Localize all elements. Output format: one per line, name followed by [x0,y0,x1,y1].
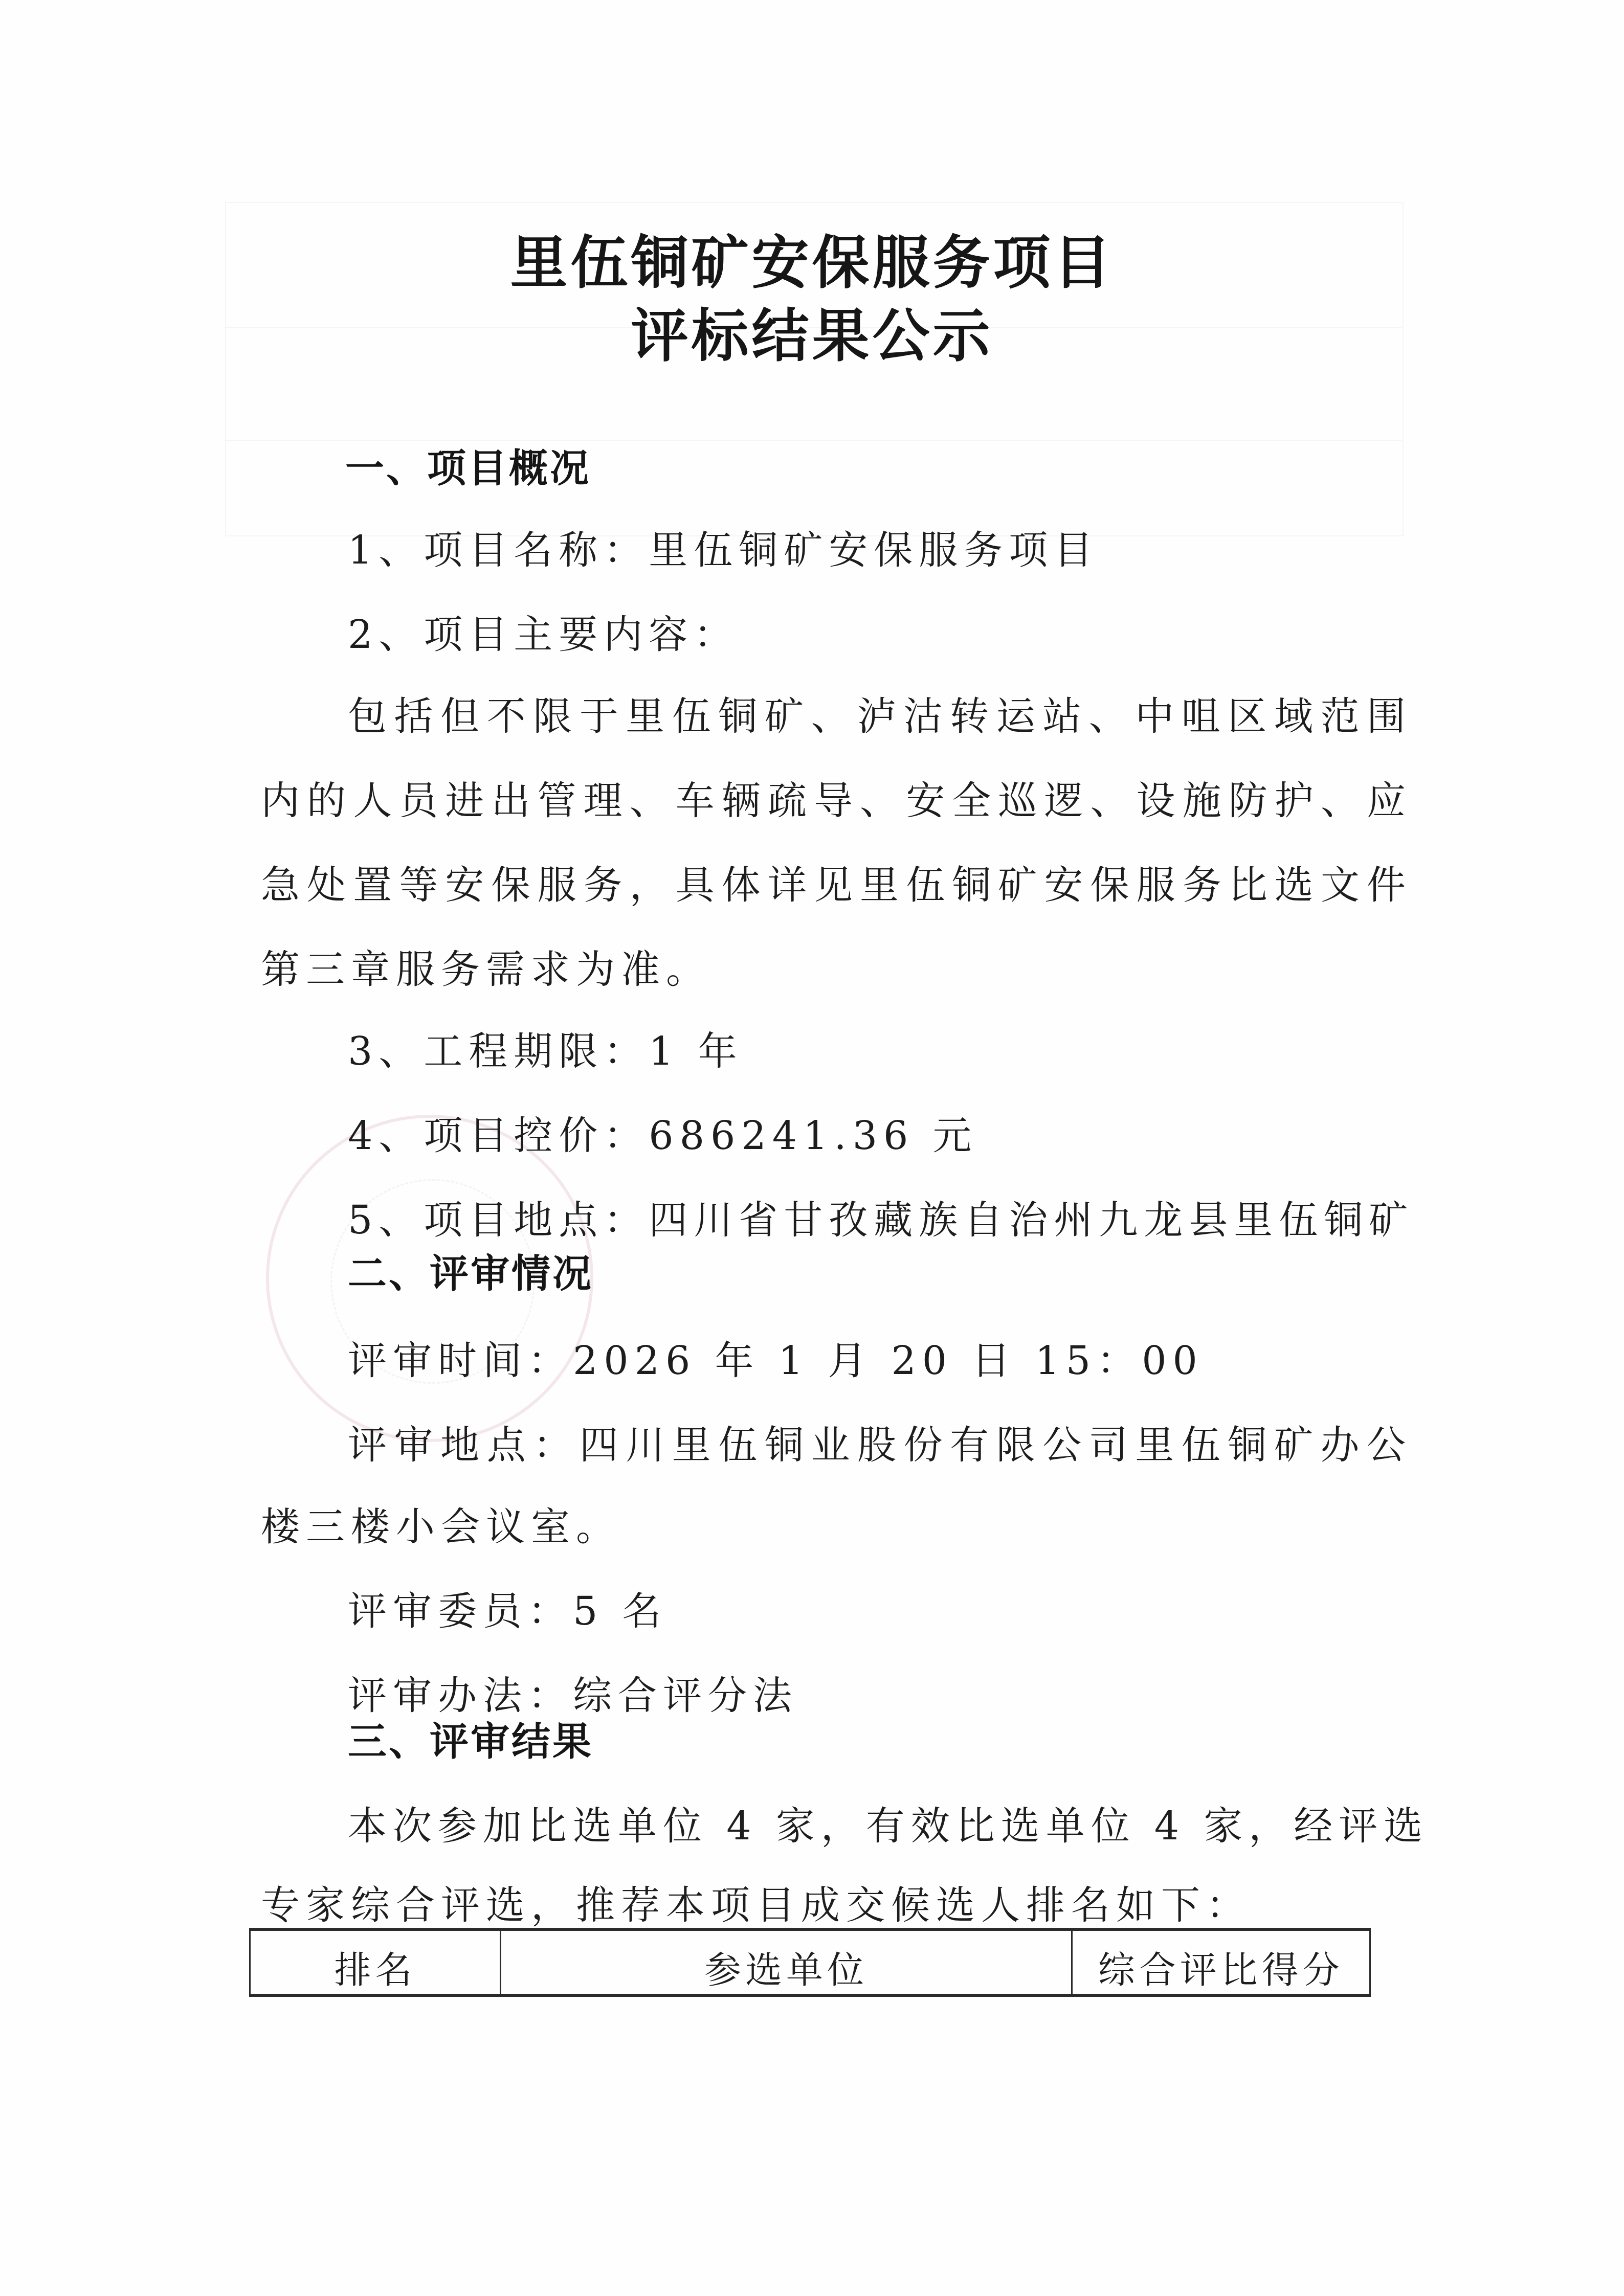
project-content-label: 2、项目主要内容： [348,603,739,659]
section-heading-review: 二、评审情况 [348,1243,593,1298]
project-price: 4、项目控价：686241.36 元 [348,1105,978,1160]
result-summary-line2: 专家综合评选，推荐本项目成交候选人排名如下： [261,1874,1251,1930]
document-page: 里伍铜矿安保服务项目 评标结果公示 一、项目概况 1、项目名称：里伍铜矿安保服务… [0,0,1624,2296]
project-location: 5、项目地点：四川省甘孜藏族自治州九龙县里伍铜矿 [348,1189,1414,1245]
column-header-rank: 排名 [250,1929,501,1995]
column-header-bidder: 参选单位 [501,1929,1072,1995]
ranking-table: 排名 参选单位 综合评比得分 [249,1928,1371,1997]
document-title-line2: 评标结果公示 [0,290,1624,373]
project-period: 3、工程期限：1 年 [348,1020,743,1076]
result-summary-line1: 本次参加比选单位 4 家，有效比选单位 4 家，经评选 [348,1795,1412,1851]
review-place-line2: 楼三楼小会议室。 [261,1496,621,1551]
document-title-line1: 里伍铜矿安保服务项目 [0,217,1624,300]
table-header-row: 排名 参选单位 综合评比得分 [250,1929,1370,1995]
project-content-line: 急处置等安保服务，具体详见里伍铜矿安保服务比选文件 [261,854,1412,910]
project-content-line: 包括但不限于里伍铜矿、泸沽转运站、中咀区域范围 [348,685,1412,741]
project-content-line: 第三章服务需求为准。 [261,938,711,994]
review-place-line1: 评审地点：四川里伍铜业股份有限公司里伍铜矿办公 [348,1414,1412,1470]
column-header-score: 综合评比得分 [1072,1929,1370,1995]
project-content-line: 内的人员进出管理、车辆疏导、安全巡逻、设施防护、应 [261,770,1412,825]
review-members: 评审委员：5 名 [348,1580,668,1636]
section-heading-overview: 一、项目概况 [345,437,591,493]
section-heading-result: 三、评审结果 [348,1710,593,1766]
review-time: 评审时间：2026 年 1 月 20 日 15：00 [348,1330,1204,1385]
project-name: 1、项目名称：里伍铜矿安保服务项目 [348,519,1099,575]
